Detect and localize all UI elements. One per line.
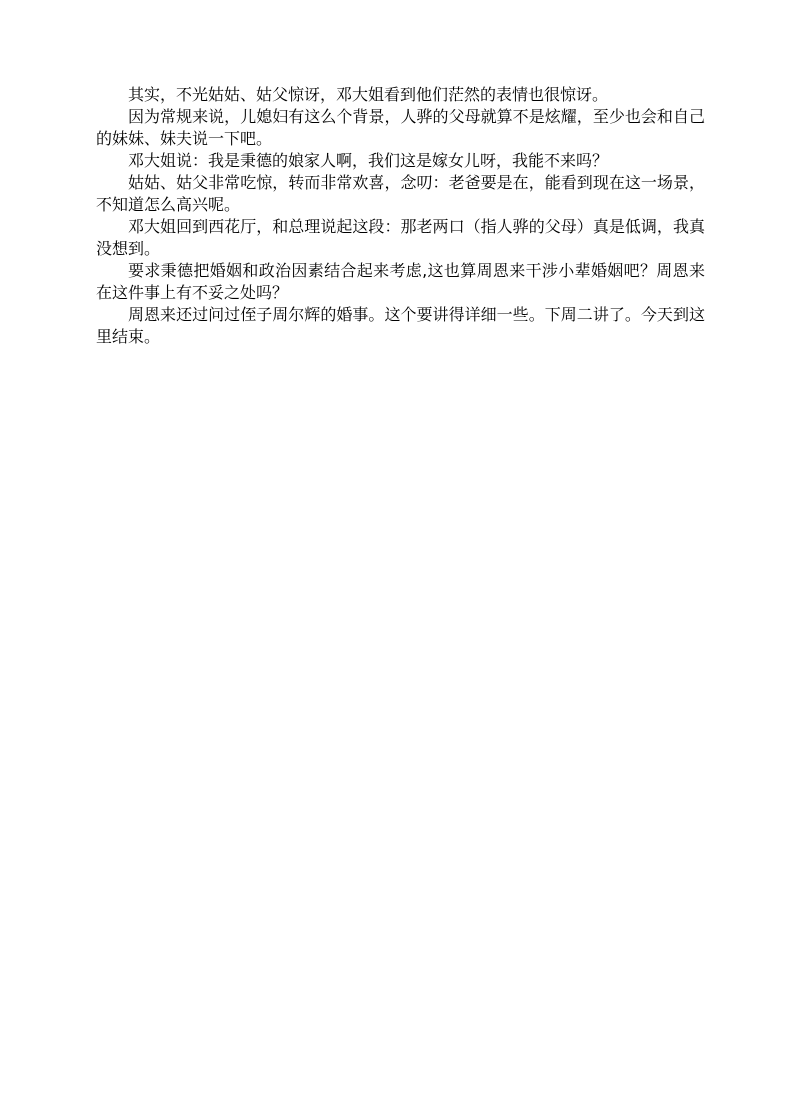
- paragraph: 姑姑、姑父非常吃惊，转而非常欢喜，念叨：老爸要是在，能看到现在这一场景，不知道怎…: [96, 172, 705, 216]
- paragraph: 要求秉德把婚姻和政治因素结合起来考虑,这也算周恩来干涉小辈婚姻吧？周恩来在这件事…: [96, 260, 705, 304]
- paragraph: 邓大姐说：我是秉德的娘家人啊，我们这是嫁女儿呀，我能不来吗？: [96, 150, 705, 172]
- paragraph: 因为常规来说，儿媳妇有这么个背景，人骅的父母就算不是炫耀，至少也会和自己的妹妹、…: [96, 106, 705, 150]
- paragraph: 周恩来还过问过侄子周尔辉的婚事。这个要讲得详细一些。下周二讲了。今天到这里结束。: [96, 304, 705, 348]
- paragraph: 其实，不光姑姑、姑父惊讶，邓大姐看到他们茫然的表情也很惊讶。: [96, 84, 705, 106]
- document-text-block: 其实，不光姑姑、姑父惊讶，邓大姐看到他们茫然的表情也很惊讶。 因为常规来说，儿媳…: [96, 84, 705, 348]
- paragraph: 邓大姐回到西花厅，和总理说起这段：那老两口（指人骅的父母）真是低调，我真没想到。: [96, 216, 705, 260]
- document-page: 其实，不光姑姑、姑父惊讶，邓大姐看到他们茫然的表情也很惊讶。 因为常规来说，儿媳…: [0, 0, 800, 1100]
